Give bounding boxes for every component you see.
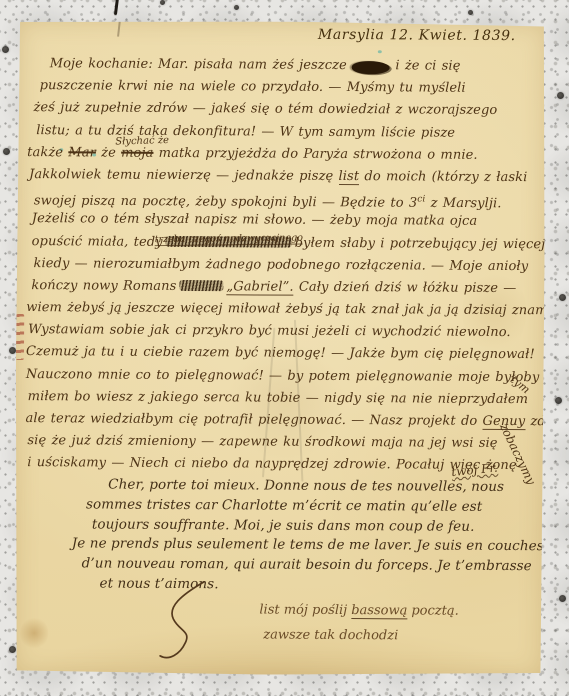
underlined-word: list bbox=[339, 169, 360, 185]
punch-hole bbox=[468, 10, 473, 15]
letter-line: Moje kochanie: Mar. pisała nam żeś jeszc… bbox=[50, 53, 533, 78]
line-text: także bbox=[27, 145, 63, 160]
postscript-line: sommes tristes car Charlotte m’écrit ce … bbox=[86, 495, 530, 518]
punch-hole bbox=[9, 347, 16, 354]
punch-hole bbox=[160, 0, 165, 5]
letter-body: Moje kochanie: Mar. pisała nam żeś jeszc… bbox=[25, 53, 533, 478]
signature-flourish bbox=[157, 579, 210, 671]
note-text: list mój poślij bbox=[259, 602, 347, 618]
flourish-curve bbox=[157, 579, 210, 667]
punch-hole bbox=[557, 92, 564, 99]
letter-line: Jeżeliś co o tém słyszał napisz mi słowo… bbox=[32, 208, 532, 233]
postal-note-line: zawsze tak dochodzi bbox=[263, 628, 398, 644]
line-text: kończy nowy Romans bbox=[31, 278, 176, 294]
thread-artifact-faint bbox=[117, 21, 121, 37]
postscript-line: toujours souffrante. Moi, je suis dans m… bbox=[92, 515, 530, 537]
line-text: do moich (którzy z łaski bbox=[364, 169, 527, 185]
ink-blot: słaby bbox=[352, 61, 390, 74]
letter-line: ale teraz wiedziałbym cię potrafił pielę… bbox=[25, 408, 530, 433]
line-text: opuścić miała, tedy bbox=[32, 234, 163, 250]
punch-hole bbox=[559, 294, 566, 301]
margin-red-mark bbox=[16, 314, 24, 360]
underlined-word: „Gabriel”. bbox=[226, 279, 293, 295]
postscript-line: d’un nouveau roman, qui aurait besoin du… bbox=[82, 555, 530, 578]
scribble bbox=[179, 280, 223, 291]
line-text: z Marsylji. bbox=[431, 196, 502, 211]
letter-line: Wystawiam sobie jak ci przykro być musi … bbox=[28, 319, 531, 344]
superscript: ci bbox=[417, 195, 425, 205]
postscript-line: Je ne prends plus seulement le tems de m… bbox=[72, 535, 530, 558]
letter-line: żeś już zupełnie zdrów — jakeś się o tém… bbox=[33, 97, 532, 122]
letter-line: Nauczono mnie co to pielęgnować! — by po… bbox=[26, 364, 531, 389]
struck-word: Mar bbox=[68, 145, 96, 160]
letter-line: Jakkolwiek temu niewierzę — jednakże pis… bbox=[29, 164, 532, 189]
line-text: Jakkolwiek temu niewierzę — jednakże pis… bbox=[29, 167, 333, 184]
interline-insertion: Słychać że bbox=[115, 135, 169, 148]
letter-line: Czemuż ja tu i u ciebie razem być niemog… bbox=[26, 341, 531, 366]
dateline: Marsylia 12. Kwiet. 1839. bbox=[318, 27, 516, 44]
line-text: że bbox=[101, 145, 116, 160]
letter-line: także Mar że moja matka przyjeżdża do Pa… bbox=[27, 142, 532, 167]
line-text: Moje kochanie: Mar. pisała nam żeś jeszc… bbox=[50, 56, 347, 73]
postal-note-line: list mój poślijbassowąpocztą. bbox=[259, 602, 462, 618]
line-text: byłem słaby i potrzebujący jej więcej ja… bbox=[295, 235, 569, 252]
note-text: pocztą. bbox=[411, 603, 458, 618]
thread-artifact bbox=[114, 0, 119, 15]
scanned-letter-background: Marsylia 12. Kwiet. 1839. Moje kochanie:… bbox=[0, 0, 569, 696]
postscript-french: Cher, porte toi mieux. Donne nous de tes… bbox=[69, 475, 530, 597]
punch-hole bbox=[9, 646, 16, 653]
interline-insertion: trzeba czegoś nadzwyczajnego bbox=[155, 232, 303, 246]
line-text: matka przyjeżdża do Paryża strwożona o m… bbox=[159, 146, 478, 163]
letter-line: listu; a tu dziś taka dekonfitura! — W t… bbox=[36, 120, 532, 145]
letter-line: wiem żebyś ją jeszcze więcej miłował żeb… bbox=[26, 297, 531, 322]
struck-word: moja bbox=[121, 145, 153, 160]
punch-hole bbox=[3, 148, 10, 155]
punch-hole bbox=[559, 595, 566, 602]
letter-line: się że już dziś zmieniony — zapewne ku ś… bbox=[27, 430, 530, 455]
letter-line: miłem bo wiesz z jakiego serca ku tobie … bbox=[28, 386, 531, 411]
line-text: zdaje bbox=[530, 414, 565, 429]
punch-hole bbox=[2, 46, 9, 53]
letter-line: puszczenie krwi nie na wiele co przydało… bbox=[40, 75, 533, 100]
line-text: Cały dzień dziś w łóżku pisze — bbox=[299, 280, 517, 296]
punch-hole bbox=[555, 397, 562, 404]
punch-hole bbox=[234, 5, 239, 10]
ink-speck bbox=[378, 50, 382, 53]
line-text: ale teraz wiedziałbym cię potrafił pielę… bbox=[26, 411, 478, 429]
underlined-word: bassową bbox=[351, 603, 407, 619]
postscript-line: Cher, porte toi mieux. Donne nous de tes… bbox=[108, 476, 530, 498]
letter-line: kiedy — nierozumiałbym żadnego podobnego… bbox=[33, 253, 531, 278]
letter-paper: Marsylia 12. Kwiet. 1839. Moje kochanie:… bbox=[14, 20, 546, 676]
line-text: i że ci się bbox=[395, 58, 460, 73]
letter-line: kończy nowy Romans„Gabriel”. Cały dzień … bbox=[31, 275, 531, 300]
letter-line: swojej piszą na pocztę, żeby spokojni by… bbox=[34, 186, 532, 211]
paper-stain bbox=[20, 616, 48, 650]
